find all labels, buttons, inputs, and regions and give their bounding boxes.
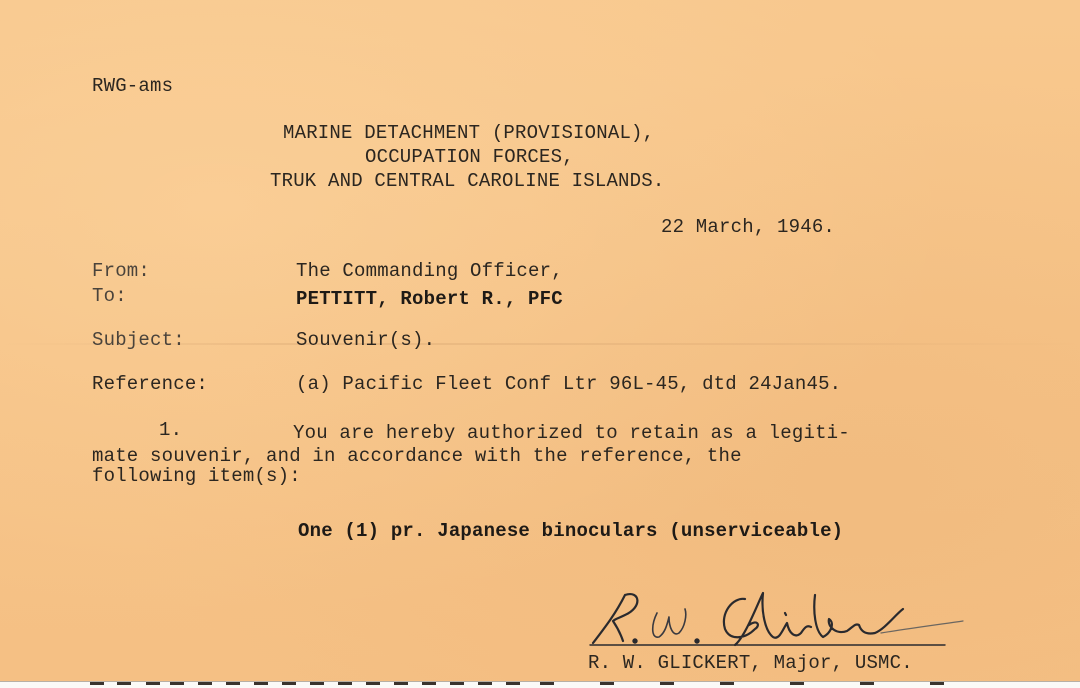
from-value: The Commanding Officer, xyxy=(296,262,563,281)
perforation-mark xyxy=(310,682,324,685)
letterhead-line-3: TRUK AND CENTRAL CAROLINE ISLANDS. xyxy=(270,172,664,191)
perforation-mark xyxy=(254,682,268,685)
perforation-mark xyxy=(366,682,380,685)
perforation-mark xyxy=(422,682,436,685)
reference-value: (a) Pacific Fleet Conf Ltr 96L-45, dtd 2… xyxy=(296,375,841,394)
perforation-mark xyxy=(478,682,492,685)
body-line-1: You are hereby authorized to retain as a… xyxy=(293,424,850,443)
paragraph-number: 1. xyxy=(159,421,182,440)
perforation-mark xyxy=(720,682,734,685)
perforation-mark xyxy=(540,682,554,685)
perforation-mark xyxy=(198,682,212,685)
perforation-mark xyxy=(600,682,614,685)
letterhead-line-1: MARINE DETACHMENT (PROVISIONAL), xyxy=(283,124,654,143)
perforation-mark xyxy=(790,682,804,685)
perforation-mark xyxy=(660,682,674,685)
document-page: RWG-ams MARINE DETACHMENT (PROVISIONAL),… xyxy=(0,0,1080,688)
letter-date: 22 March, 1946. xyxy=(661,218,835,237)
perforation-mark xyxy=(117,682,131,685)
perforation-mark xyxy=(170,682,184,685)
perforation-mark xyxy=(90,682,104,685)
perforation-mark xyxy=(394,682,408,685)
subject-label: Subject: xyxy=(92,331,185,350)
body-line-2: mate souvenir, and in accordance with th… xyxy=(92,447,742,466)
authorized-item: One (1) pr. Japanese binoculars (unservi… xyxy=(298,522,843,541)
body-line-3: following item(s): xyxy=(92,467,301,486)
from-label: From: xyxy=(92,262,150,281)
perforation-mark xyxy=(146,682,160,685)
perforation-mark xyxy=(506,682,520,685)
typed-signature: R. W. GLICKERT, Major, USMC. xyxy=(588,654,913,673)
perforation-mark xyxy=(860,682,874,685)
to-label: To: xyxy=(92,287,127,306)
perforation-mark xyxy=(930,682,944,685)
perforation-mark xyxy=(450,682,464,685)
handwritten-signature xyxy=(585,585,965,655)
letterhead-line-2: OCCUPATION FORCES, xyxy=(365,148,574,167)
perforation-mark xyxy=(226,682,240,685)
to-value: PETTITT, Robert R., PFC xyxy=(296,290,563,309)
reference-label: Reference: xyxy=(92,375,208,394)
subject-value: Souvenir(s). xyxy=(296,331,435,350)
perforation-mark xyxy=(338,682,352,685)
perforation-mark xyxy=(282,682,296,685)
reference-initials: RWG-ams xyxy=(92,77,173,96)
